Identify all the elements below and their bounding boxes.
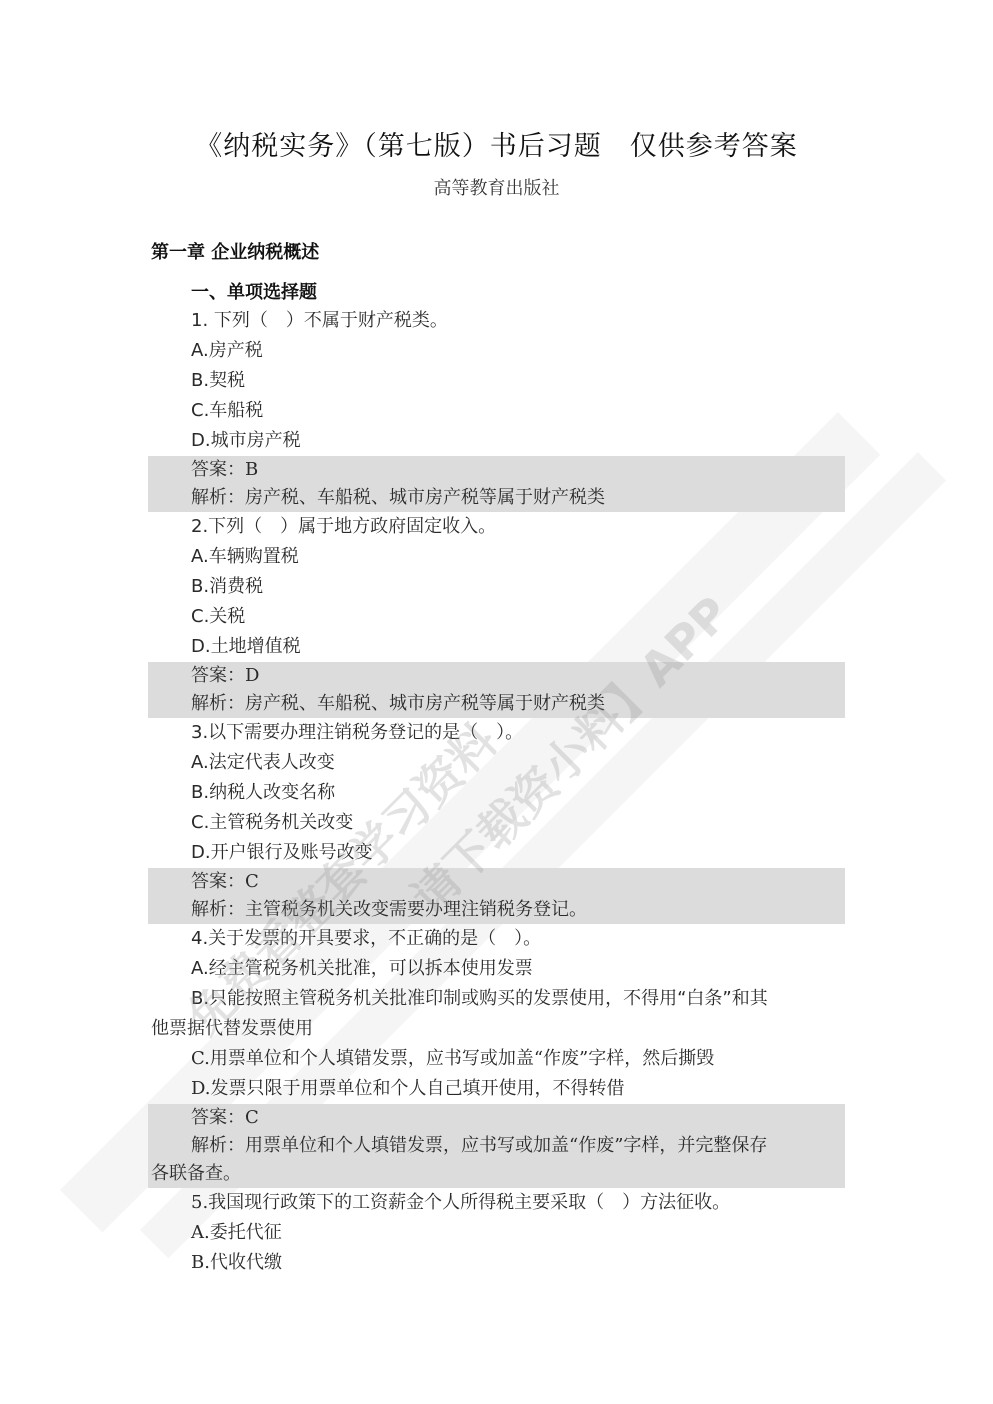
- option: C.主管税务机关改变: [148, 808, 845, 838]
- option-continuation: 他票据代替发票使用: [148, 1014, 845, 1044]
- answer: 答案：D: [148, 662, 845, 690]
- option: C.用票单位和个人填错发票，应书写或加盖“作废”字样，然后撕毁: [148, 1044, 845, 1074]
- answer-block: 答案：C 解析：主管税务机关改变需要办理注销税务登记。: [148, 868, 845, 924]
- question-stem: 3.以下需要办理注销税务登记的是（ ）。: [148, 718, 845, 748]
- option: D.土地增值税: [148, 632, 845, 662]
- option: B.契税: [148, 366, 845, 396]
- option: B.只能按照主管税务机关批准印制或购买的发票使用，不得用“白条”和其: [148, 984, 845, 1014]
- analysis: 解析：房产税、车船税、城市房产税等属于财产税类: [148, 690, 845, 718]
- option: C.关税: [148, 602, 845, 632]
- section-heading: 一、单项选择题: [191, 278, 317, 304]
- answer: 答案：C: [148, 868, 845, 896]
- option: C.车船税: [148, 396, 845, 426]
- analysis: 解析：主管税务机关改变需要办理注销税务登记。: [148, 896, 845, 924]
- option: A.法定代表人改变: [148, 748, 845, 778]
- option: D.发票只限于用票单位和个人自己填开使用，不得转借: [148, 1074, 845, 1104]
- option: A.房产税: [148, 336, 845, 366]
- answer-block: 答案：D 解析：房产税、车船税、城市房产税等属于财产税类: [148, 662, 845, 718]
- analysis: 解析：用票单位和个人填错发票，应书写或加盖“作废”字样，并完整保存: [148, 1132, 845, 1160]
- option: A.经主管税务机关批准，可以拆本使用发票: [148, 954, 845, 984]
- option: B.代收代缴: [148, 1248, 845, 1278]
- option: B.纳税人改变名称: [148, 778, 845, 808]
- option: A.委托代征: [148, 1218, 845, 1248]
- answer-block: 答案：B 解析：房产税、车船税、城市房产税等属于财产税类: [148, 456, 845, 512]
- option: A.车辆购置税: [148, 542, 845, 572]
- question-stem: 4.关于发票的开具要求，不正确的是（ ）。: [148, 924, 845, 954]
- document-title: 《纳税实务》（第七版）书后习题 仅供参考答案: [0, 124, 993, 163]
- option: D.开户银行及账号改变: [148, 838, 845, 868]
- option: D.城市房产税: [148, 426, 845, 456]
- answer-block: 答案：C 解析：用票单位和个人填错发票，应书写或加盖“作废”字样，并完整保存 各…: [148, 1104, 845, 1188]
- answer: 答案：C: [148, 1104, 845, 1132]
- document-page: 《纳税实务》（第七版）书后习题 仅供参考答案 高等教育出版社 第一章 企业纳税概…: [0, 0, 993, 1404]
- chapter-heading: 第一章 企业纳税概述: [151, 238, 319, 264]
- answer: 答案：B: [148, 456, 845, 484]
- option: B.消费税: [148, 572, 845, 602]
- questions-body: 1. 下列（ ）不属于财产税类。 A.房产税 B.契税 C.车船税 D.城市房产…: [148, 306, 845, 1278]
- question-stem: 5.我国现行政策下的工资薪金个人所得税主要采取（ ）方法征收。: [148, 1188, 845, 1218]
- analysis-continuation: 各联备查。: [148, 1160, 845, 1188]
- analysis: 解析：房产税、车船税、城市房产税等属于财产税类: [148, 484, 845, 512]
- question-stem: 2.下列（ ）属于地方政府固定收入。: [148, 512, 845, 542]
- publisher: 高等教育出版社: [0, 174, 993, 200]
- question-stem: 1. 下列（ ）不属于财产税类。: [148, 306, 845, 336]
